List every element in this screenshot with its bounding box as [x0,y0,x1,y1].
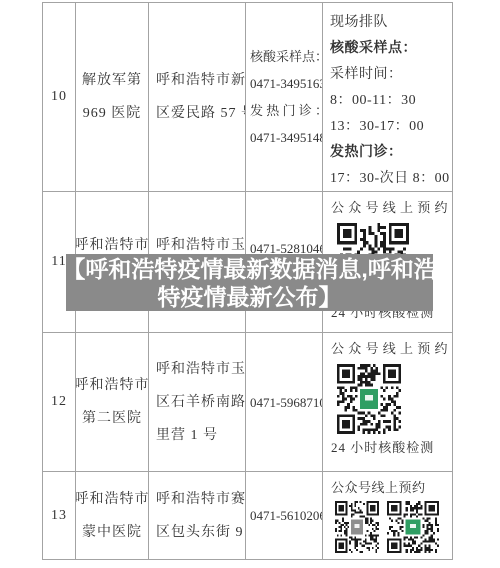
address-line: 呼和浩特市赛罕 [156,483,246,516]
row10-phone-cell: 核酸采样点： 0471-3495163 发 热 门 诊 ： 0471-34951… [246,3,323,192]
row10-address-cell: 呼和浩特市新城 区爱民路 57 号 [149,3,246,192]
hospital-name-line: 969 医院 [83,97,142,130]
booking-header: 公 众 号 线 上 预 约 [331,341,448,356]
watermark-overlay: 【呼和浩特疫情最新数据消息,呼和浩 特疫情最新公布】 [66,254,433,311]
phone-number: 0471-5968710 [250,389,322,416]
row10-hospital-cell: 解放军第 969 医院 [76,3,149,192]
row-number: 12 [51,394,67,410]
qr-code [337,364,401,434]
address-line: 呼和浩特市新城 [156,64,246,97]
row-number: 10 [51,89,67,105]
schedule-line: 核酸采样点： [330,36,452,62]
schedule-line: 8：00-11：30 [330,88,452,114]
row13-phone-cell: 0471-5610206 [246,472,323,559]
hospital-name-line: 解放军第 [82,64,142,97]
phone-label: 核酸采样点： [250,43,322,70]
address-line: 呼和浩特市玉泉 [156,353,246,386]
booking-header: 公众号线上预约 [331,480,426,495]
booking-header: 公 众 号 线 上 预 约 [331,200,448,215]
schedule-line: 发热门诊： [330,140,452,166]
row12-phone-cell: 0471-5968710 [246,333,323,472]
address-line: 区包头东街 9 号 [156,516,246,549]
row13-booking-cell: 公众号线上预约 [323,472,452,559]
booking-footer: 24 小时核酸检测 [331,440,434,455]
schedule-line: 现场排队 [330,10,452,36]
address-line: 里营 1 号 [156,419,218,452]
row10-number-cell: 10 [43,3,76,192]
row12-address-cell: 呼和浩特市玉泉 区石羊桥南路五 里营 1 号 [149,333,246,472]
schedule-line: 采样时间： [330,62,452,88]
hospital-name-line: 第二医院 [82,402,142,435]
page: 10 解放军第 969 医院 呼和浩特市新城 区爱民路 57 号 核酸采样点： … [0,0,500,568]
row13-hospital-cell: 呼和浩特市 蒙中医院 [76,472,149,559]
schedule-line: 13：30-17：00 [330,114,452,140]
phone-number: 0471-3495148 [250,124,322,151]
hospital-name-line: 呼和浩特市 [76,483,149,516]
address-line: 区爱民路 57 号 [156,97,246,130]
schedule-line: 17：30-次日 8：00 [330,166,452,192]
watermark-line: 特疫情最新公布】 [158,283,342,311]
row12-booking-cell: 公 众 号 线 上 预 约 24 小时核酸检测 [323,333,452,472]
phone-number: 0471-5610206 [250,502,322,529]
hospital-name-line: 呼和浩特市 [76,369,149,402]
row10-schedule-cell: 现场排队 核酸采样点： 采样时间： 8：00-11：30 13：30-17：00… [323,3,452,192]
hospital-name-line: 蒙中医院 [82,516,142,549]
row12-hospital-cell: 呼和浩特市 第二医院 [76,333,149,472]
phone-number: 0471-3495163 [250,70,322,97]
qr-code [335,501,379,553]
row13-address-cell: 呼和浩特市赛罕 区包头东街 9 号 [149,472,246,559]
phone-label: 发 热 门 诊 ： [250,97,322,124]
watermark-line: 【呼和浩特疫情最新数据消息,呼和浩 [62,255,436,283]
row12-number-cell: 12 [43,333,76,472]
row13-number-cell: 13 [43,472,76,559]
address-line: 区石羊桥南路五 [156,386,246,419]
row-number: 13 [51,508,67,524]
qr-code [387,501,439,553]
